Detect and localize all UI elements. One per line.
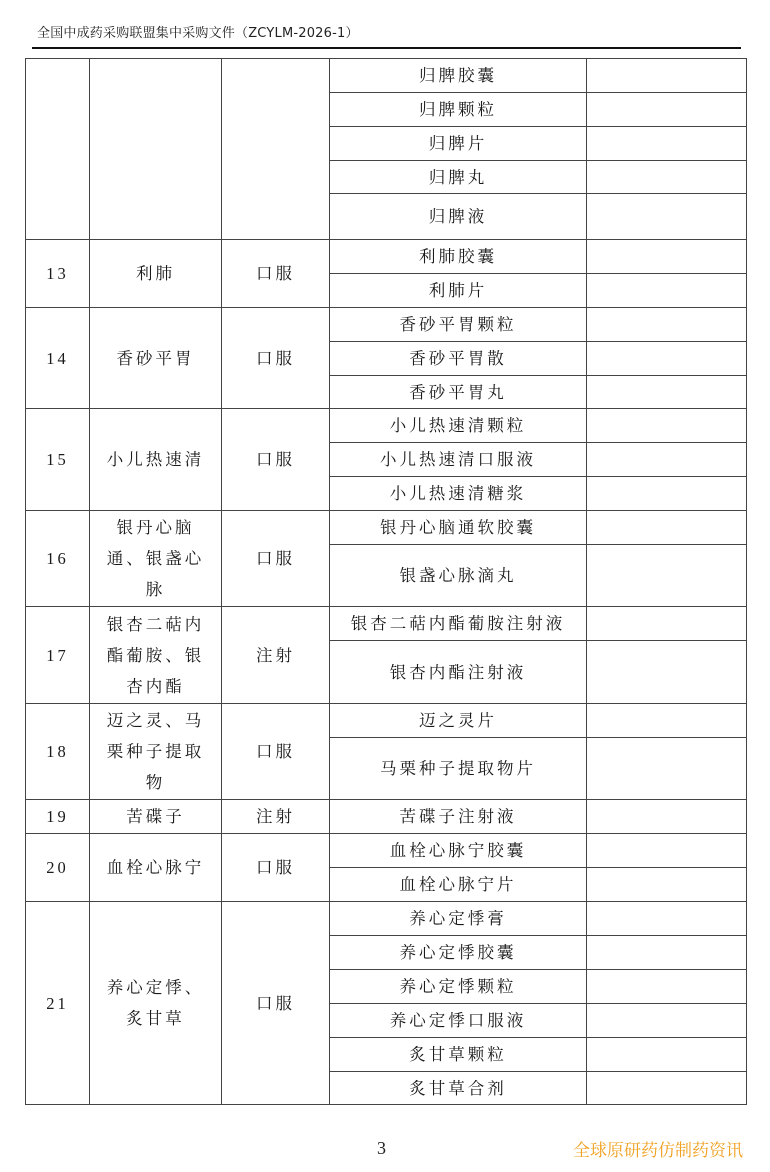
cell-product: 香砂平胃丸 bbox=[330, 376, 587, 409]
cell-product: 小儿热速清糖浆 bbox=[330, 477, 587, 511]
cell-no: 16 bbox=[26, 511, 90, 607]
cell-extra bbox=[587, 970, 747, 1004]
cell-no: 18 bbox=[26, 704, 90, 800]
page-number: 3 bbox=[377, 1138, 386, 1159]
generic-name: 香砂平胃 bbox=[106, 343, 206, 374]
drug-catalog-table: 归脾胶囊归脾颗粒归脾片归脾丸归脾液13利肺口服利肺胶囊利肺片14香砂平胃口服香砂… bbox=[25, 58, 747, 1105]
cell-route: 口服 bbox=[222, 704, 330, 800]
cell-extra bbox=[587, 834, 747, 868]
cell-name: 养心定悸、炙甘草 bbox=[90, 902, 222, 1105]
cell-name: 利肺 bbox=[90, 240, 222, 308]
cell-no: 13 bbox=[26, 240, 90, 308]
cell-no bbox=[26, 59, 90, 240]
cell-extra bbox=[587, 161, 747, 194]
cell-extra bbox=[587, 342, 747, 376]
cell-extra bbox=[587, 1072, 747, 1105]
cell-route: 口服 bbox=[222, 902, 330, 1105]
cell-product: 马栗种子提取物片 bbox=[330, 738, 587, 800]
cell-name: 血栓心脉宁 bbox=[90, 834, 222, 902]
header-rule bbox=[32, 47, 741, 49]
cell-name: 苦碟子 bbox=[90, 800, 222, 834]
generic-name: 血栓心脉宁 bbox=[106, 852, 206, 883]
cell-extra bbox=[587, 868, 747, 902]
cell-name bbox=[90, 59, 222, 240]
cell-extra bbox=[587, 194, 747, 240]
generic-name: 利肺 bbox=[106, 258, 206, 289]
cell-extra bbox=[587, 443, 747, 477]
cell-product: 炙甘草颗粒 bbox=[330, 1038, 587, 1072]
cell-product: 归脾胶囊 bbox=[330, 59, 587, 93]
cell-extra bbox=[587, 1038, 747, 1072]
cell-extra bbox=[587, 511, 747, 545]
cell-product: 香砂平胃散 bbox=[330, 342, 587, 376]
generic-name: 苦碟子 bbox=[106, 801, 206, 832]
table-row: 17银杏二萜内酯葡胺、银杏内酯注射银杏二萜内酯葡胺注射液 bbox=[26, 607, 747, 641]
cell-extra bbox=[587, 409, 747, 443]
cell-route: 注射 bbox=[222, 800, 330, 834]
cell-name: 香砂平胃 bbox=[90, 308, 222, 409]
cell-product: 养心定悸口服液 bbox=[330, 1004, 587, 1038]
cell-product: 血栓心脉宁胶囊 bbox=[330, 834, 587, 868]
cell-product: 养心定悸颗粒 bbox=[330, 970, 587, 1004]
cell-route: 口服 bbox=[222, 511, 330, 607]
cell-product: 养心定悸胶囊 bbox=[330, 936, 587, 970]
table-row: 15小儿热速清口服小儿热速清颗粒 bbox=[26, 409, 747, 443]
generic-name: 养心定悸、炙甘草 bbox=[106, 972, 206, 1034]
cell-product: 归脾颗粒 bbox=[330, 93, 587, 127]
cell-product: 利肺片 bbox=[330, 274, 587, 308]
document-header-title: 全国中成药采购联盟集中采购文件（ZCYLM-2026-1） bbox=[37, 22, 359, 41]
cell-route bbox=[222, 59, 330, 240]
cell-product: 银丹心脑通软胶囊 bbox=[330, 511, 587, 545]
cell-route: 口服 bbox=[222, 409, 330, 511]
cell-product: 银盏心脉滴丸 bbox=[330, 545, 587, 607]
cell-route: 口服 bbox=[222, 834, 330, 902]
cell-extra bbox=[587, 902, 747, 936]
cell-product: 迈之灵片 bbox=[330, 704, 587, 738]
cell-no: 14 bbox=[26, 308, 90, 409]
cell-product: 香砂平胃颗粒 bbox=[330, 308, 587, 342]
cell-extra bbox=[587, 477, 747, 511]
cell-product: 利肺胶囊 bbox=[330, 240, 587, 274]
cell-no: 21 bbox=[26, 902, 90, 1105]
cell-product: 归脾片 bbox=[330, 127, 587, 161]
generic-name: 小儿热速清 bbox=[106, 444, 206, 475]
cell-route: 口服 bbox=[222, 240, 330, 308]
cell-product: 银杏内酯注射液 bbox=[330, 641, 587, 704]
cell-extra bbox=[587, 93, 747, 127]
generic-name: 迈之灵、马栗种子提取物 bbox=[106, 705, 206, 798]
table-row: 归脾胶囊 bbox=[26, 59, 747, 93]
cell-product: 银杏二萜内酯葡胺注射液 bbox=[330, 607, 587, 641]
table-row: 13利肺口服利肺胶囊 bbox=[26, 240, 747, 274]
cell-extra bbox=[587, 641, 747, 704]
cell-product: 小儿热速清颗粒 bbox=[330, 409, 587, 443]
cell-name: 银杏二萜内酯葡胺、银杏内酯 bbox=[90, 607, 222, 704]
cell-no: 19 bbox=[26, 800, 90, 834]
cell-extra bbox=[587, 308, 747, 342]
cell-name: 小儿热速清 bbox=[90, 409, 222, 511]
cell-product: 小儿热速清口服液 bbox=[330, 443, 587, 477]
cell-no: 17 bbox=[26, 607, 90, 704]
cell-name: 迈之灵、马栗种子提取物 bbox=[90, 704, 222, 800]
cell-no: 20 bbox=[26, 834, 90, 902]
cell-route: 口服 bbox=[222, 308, 330, 409]
cell-product: 归脾丸 bbox=[330, 161, 587, 194]
cell-extra bbox=[587, 738, 747, 800]
cell-extra bbox=[587, 127, 747, 161]
cell-extra bbox=[587, 800, 747, 834]
cell-extra bbox=[587, 545, 747, 607]
cell-extra bbox=[587, 704, 747, 738]
cell-extra bbox=[587, 376, 747, 409]
generic-name: 银丹心脑通、银盏心脉 bbox=[106, 512, 206, 605]
cell-product: 血栓心脉宁片 bbox=[330, 868, 587, 902]
cell-product: 炙甘草合剂 bbox=[330, 1072, 587, 1105]
cell-extra bbox=[587, 59, 747, 93]
generic-name: 银杏二萜内酯葡胺、银杏内酯 bbox=[106, 609, 206, 702]
table-row: 18迈之灵、马栗种子提取物口服迈之灵片 bbox=[26, 704, 747, 738]
table-row: 19苦碟子注射苦碟子注射液 bbox=[26, 800, 747, 834]
cell-route: 注射 bbox=[222, 607, 330, 704]
watermark-text: 全球原研药仿制药资讯 bbox=[573, 1136, 743, 1161]
cell-product: 苦碟子注射液 bbox=[330, 800, 587, 834]
table-row: 21养心定悸、炙甘草口服养心定悸膏 bbox=[26, 902, 747, 936]
table-row: 16银丹心脑通、银盏心脉口服银丹心脑通软胶囊 bbox=[26, 511, 747, 545]
cell-no: 15 bbox=[26, 409, 90, 511]
cell-extra bbox=[587, 607, 747, 641]
cell-extra bbox=[587, 274, 747, 308]
cell-product: 归脾液 bbox=[330, 194, 587, 240]
cell-product: 养心定悸膏 bbox=[330, 902, 587, 936]
cell-extra bbox=[587, 1004, 747, 1038]
cell-extra bbox=[587, 240, 747, 274]
cell-name: 银丹心脑通、银盏心脉 bbox=[90, 511, 222, 607]
table-row: 14香砂平胃口服香砂平胃颗粒 bbox=[26, 308, 747, 342]
table-row: 20血栓心脉宁口服血栓心脉宁胶囊 bbox=[26, 834, 747, 868]
cell-extra bbox=[587, 936, 747, 970]
